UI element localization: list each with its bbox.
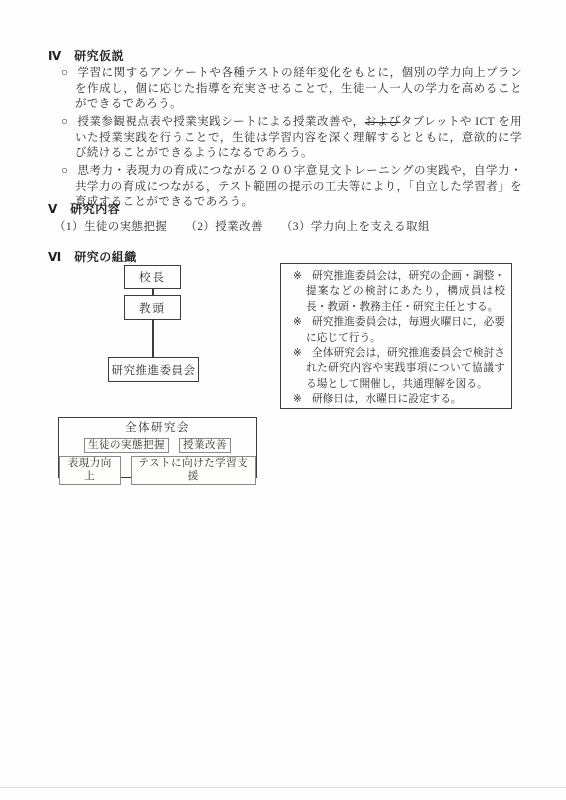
note-item-4: ※研修日は，水曜日に設定する。	[293, 392, 505, 407]
circle-bullet-marker: ○	[61, 116, 68, 128]
note-item-1-text: 研究推進委員会は，研究の企画・調整・提案などの検討にあたり，構成員は校長・教頭・…	[306, 270, 505, 313]
hypothesis-item-1-text: 学習に関するアンケートや各種テストの経年変化をもとに，個別の学力向上プランを作成…	[75, 67, 522, 110]
organization-diagram: 校長 教頭 研究推進委員会 ※研究推進委員会は，研究の企画・調整・提案などの検討…	[48, 265, 522, 505]
reference-mark: ※	[293, 347, 302, 359]
scan-edge-artifact	[0, 787, 566, 788]
org-box-principal: 校長	[124, 265, 181, 289]
hypothesis-item-2: ○授業参観視点表や授業実践シートによる授業改善や，およびタブレットや ICT を…	[61, 115, 522, 162]
reference-mark: ※	[293, 393, 302, 405]
plenary-chip-student-assessment: 生徒の実態把握	[84, 438, 169, 454]
hypothesis-list: ○学習に関するアンケートや各種テストの経年変化をもとに，個別の学力向上プランを作…	[61, 66, 522, 211]
note-item-3-text: 全体研究会は，研究推進委員会で検討された研究内容や実践事項について協議する場とし…	[306, 347, 505, 390]
note-item-2: ※研究推進委員会は，毎週火曜日に，必要に応じて行う。	[293, 315, 505, 346]
note-item-4-text: 研修日は，水曜日に設定する。	[312, 393, 462, 405]
document-page: Ⅳ 研究仮説 ○学習に関するアンケートや各種テストの経年変化をもとに，個別の学力…	[0, 0, 566, 800]
hypothesis-item-2-text-pre: 授業参観視点表や授業実践シートによる授業改善や，	[77, 116, 364, 128]
org-box-committee: 研究推進委員会	[108, 357, 199, 382]
reference-mark: ※	[293, 270, 302, 282]
reference-mark: ※	[293, 316, 302, 328]
plenary-meeting-box: 全体研究会 生徒の実態把握 授業改善 表現力向上 テストに向けた学習支援	[58, 417, 257, 478]
circle-bullet-marker: ○	[61, 165, 68, 177]
circle-bullet-marker: ○	[61, 67, 69, 79]
section-hypothesis-heading: Ⅳ 研究仮説	[48, 48, 522, 64]
connector-line	[152, 320, 154, 357]
section-hypothesis: Ⅳ 研究仮説 ○学習に関するアンケートや各種テストの経年変化をもとに，個別の学力…	[48, 48, 522, 213]
section-content-heading: Ⅴ 研究内容	[48, 201, 522, 217]
notes-box: ※研究推進委員会は，研究の企画・調整・提案などの検討にあたり，構成員は校長・教頭…	[280, 263, 512, 409]
plenary-meeting-title: 全体研究会	[59, 421, 256, 435]
hypothesis-item-2-struck-text: および	[365, 116, 401, 128]
plenary-chip-lesson-improvement: 授業改善	[179, 438, 231, 454]
note-item-3: ※全体研究会は，研究推進委員会で検討された研究内容や実践事項について協議する場と…	[293, 346, 505, 392]
section-organization: Ⅵ 研究の組織 校長 教頭 研究推進委員会 ※研究推進委員会は，研究の企画・調整…	[48, 249, 522, 505]
org-box-vice-principal: 教頭	[124, 295, 181, 320]
plenary-chip-expression-skill: 表現力向上	[59, 456, 121, 485]
plenary-chip-row-2: 表現力向上 テストに向けた学習支援	[59, 456, 256, 485]
section-content: Ⅴ 研究内容 （1）生徒の実態把握 （2）授業改善 （3）学力向上を支える取組	[48, 201, 522, 236]
note-item-1: ※研究推進委員会は，研究の企画・調整・提案などの検討にあたり，構成員は校長・教頭…	[293, 269, 505, 315]
note-item-2-text: 研究推進委員会は，毎週火曜日に，必要に応じて行う。	[306, 316, 505, 343]
content-items-line: （1）生徒の実態把握 （2）授業改善 （3）学力向上を支える取組	[54, 220, 522, 236]
plenary-chip-test-support: テストに向けた学習支援	[131, 456, 256, 485]
plenary-chip-row-1: 生徒の実態把握 授業改善	[59, 438, 256, 454]
hypothesis-item-1: ○学習に関するアンケートや各種テストの経年変化をもとに，個別の学力向上プランを作…	[61, 66, 522, 113]
